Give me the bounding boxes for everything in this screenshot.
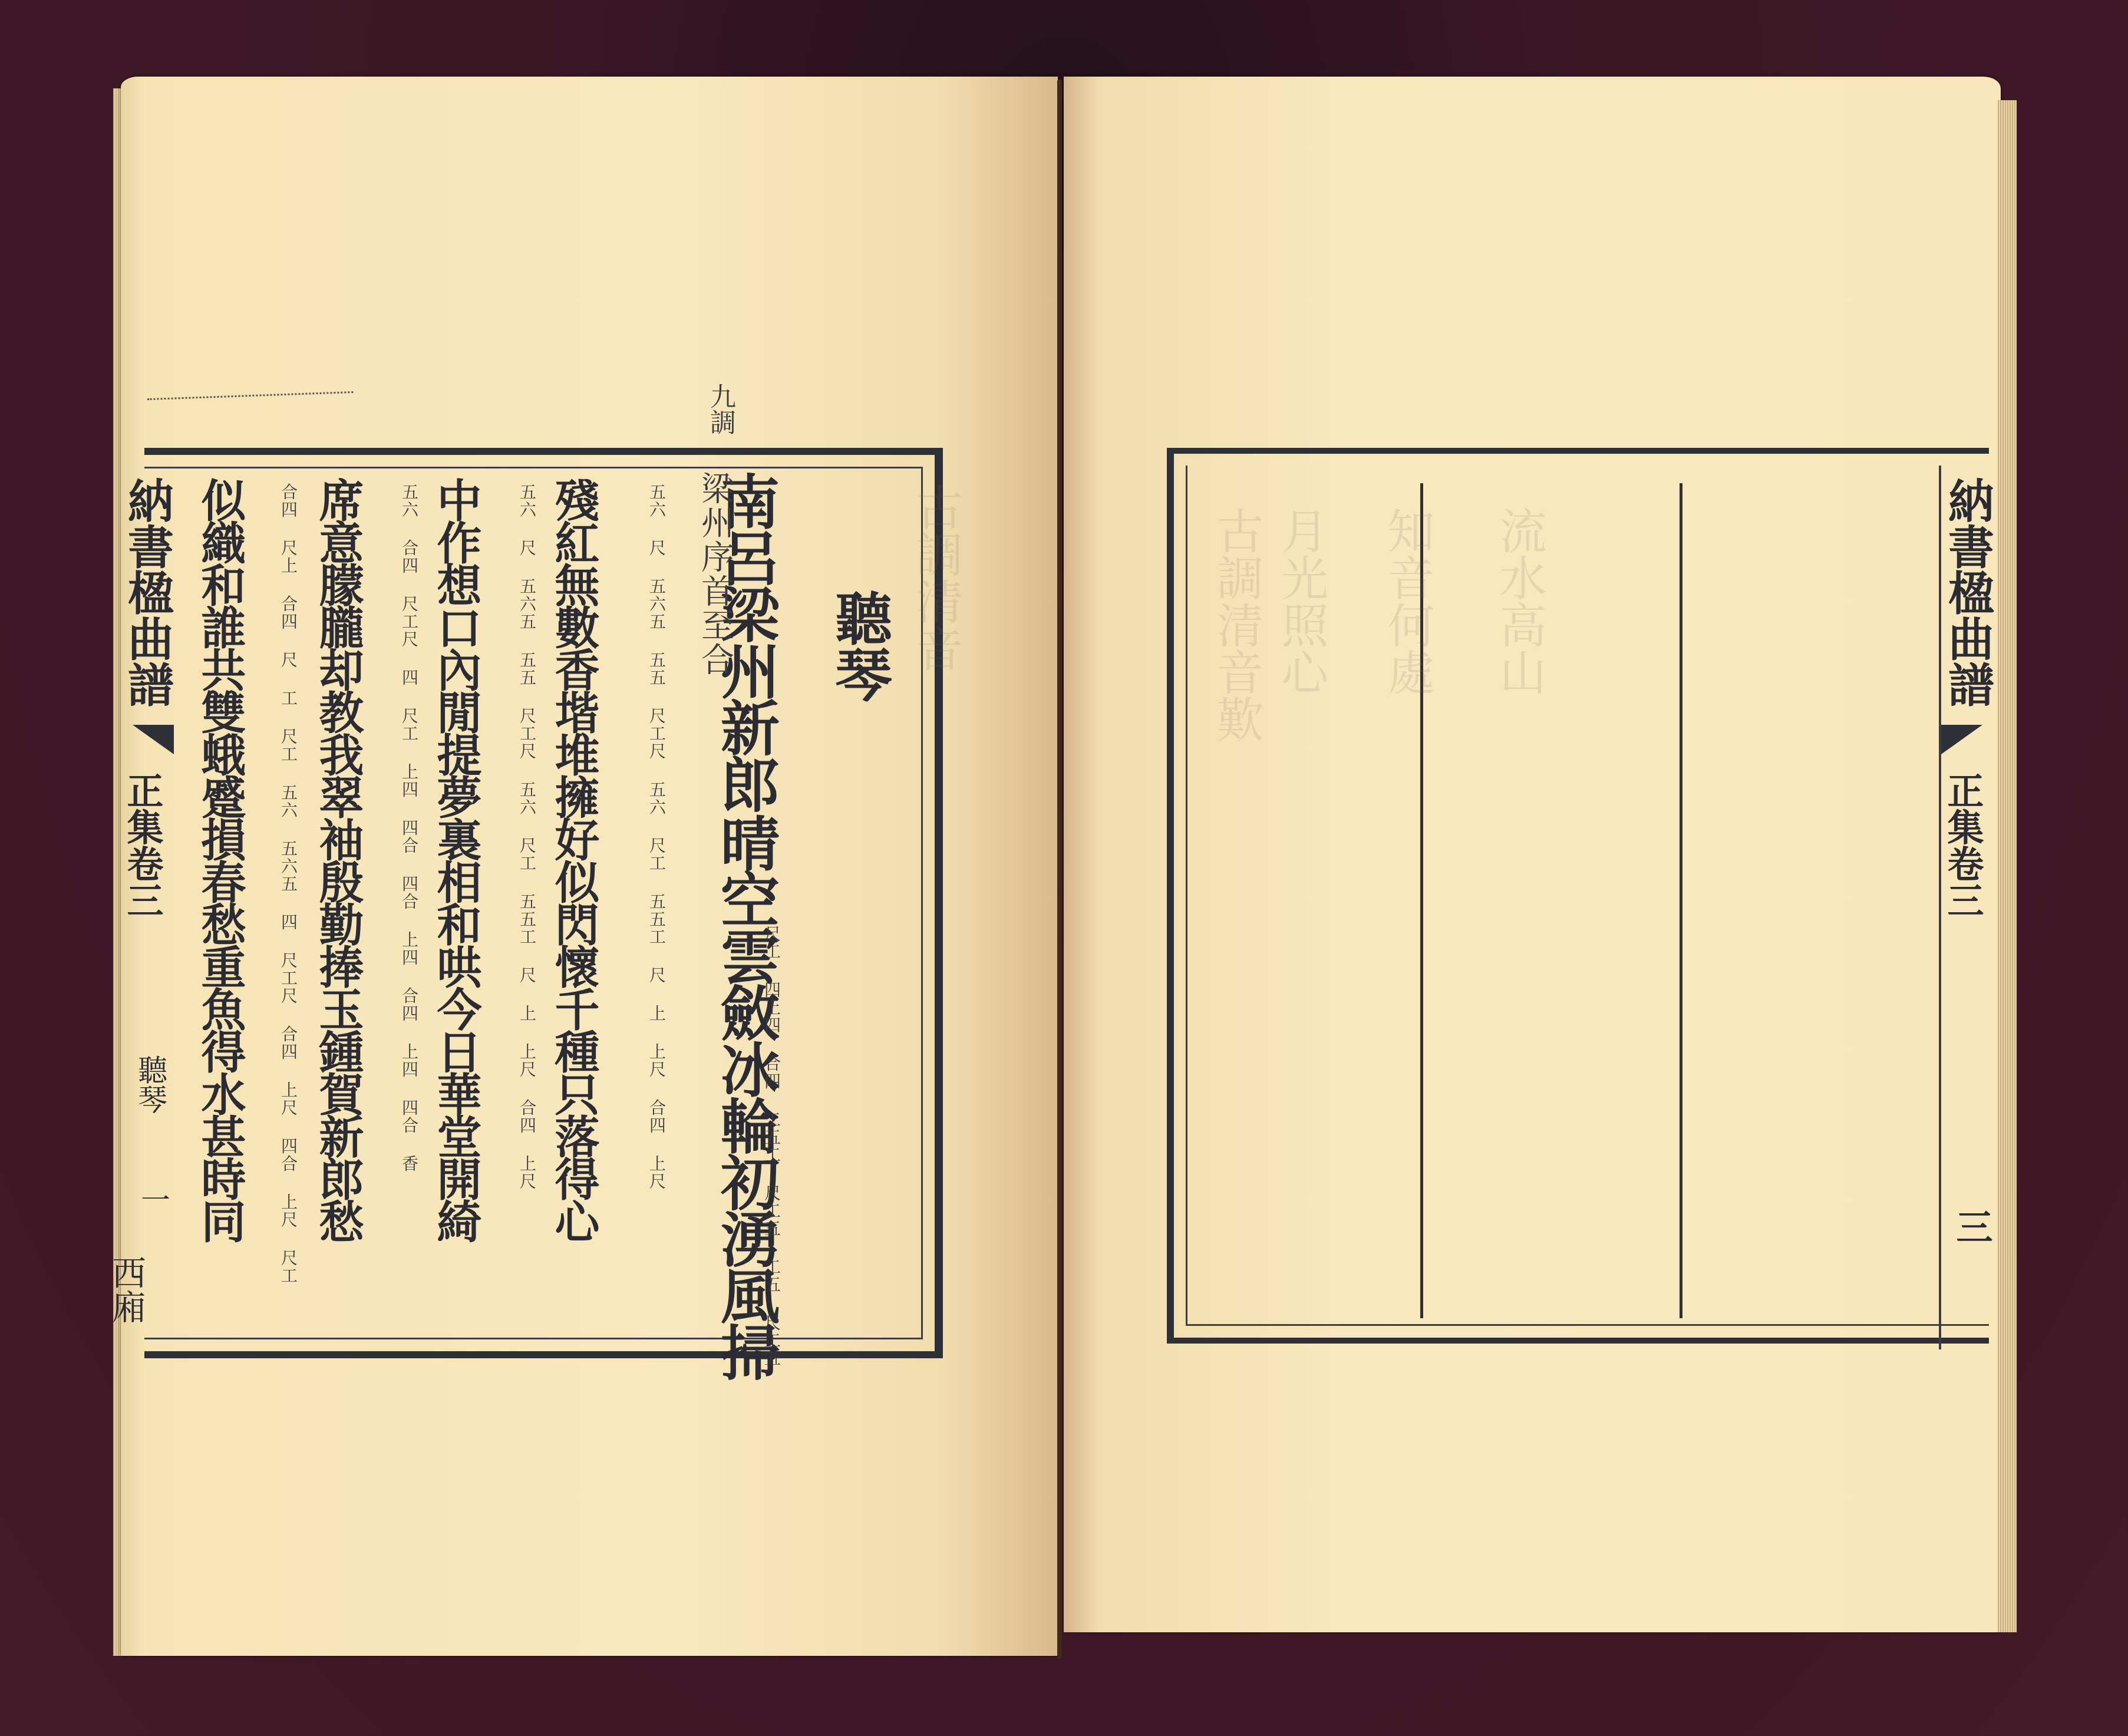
top-marginal-note: 九調 <box>701 383 739 435</box>
right-margin-strip: 納書楹曲譜 正集卷三 三 <box>1939 466 1997 1349</box>
bleed-through-text: 知音何處 <box>1373 507 1441 695</box>
lyric-column-6: 似織和誰共雙蛾蹙損春愁重魚得水甚時同 <box>197 477 242 1241</box>
bleed-through-text: 古調清音 <box>902 483 969 672</box>
notation-column-3b: 五六 尺 五六五 五五 尺工尺 五六 尺工 五五工 尺 上 上尺 合四 上尺 <box>519 483 535 1190</box>
notation-column-1: 梁州序首至合 <box>698 471 731 676</box>
notation-column-2: 尺工 四上四 合四 工五工 尺工五 工五 尺工五 <box>763 925 780 1367</box>
book-gutter <box>1057 80 1062 1659</box>
fishtail-mark <box>133 725 174 754</box>
bleed-through-text: 古調清音歎 <box>1202 507 1270 742</box>
column-rule <box>1680 483 1682 1318</box>
leaf-number: 三 <box>1953 1208 1990 1245</box>
lyric-column-4: 中作想口內閒提夢裏相和哄今日華堂開綺 <box>433 477 478 1241</box>
book-title: 納書楹曲譜 <box>124 477 170 707</box>
left-page-frame <box>144 448 943 1358</box>
notation-column-3: 五六 尺 五六五 五五 尺工尺 五六 尺工 五五工 尺 上 上尺 合四 上尺 <box>648 483 665 1190</box>
fishtail-mark <box>1941 725 1982 754</box>
leaf-number: 一 <box>138 1184 168 1214</box>
piece-title-label: 聽琴 <box>136 1055 165 1114</box>
source-play: 西廂 <box>109 1255 143 1324</box>
piece-title: 聽琴 <box>831 589 888 702</box>
lyric-column-5: 席意朦朧却教我翠袖殷勤捧玉鍾賀新郎愁 <box>315 477 360 1241</box>
lyric-column-3: 殘紅無數香堦堆擁好似閃懷千種只落得心 <box>551 477 596 1241</box>
bleed-through-text: 流水高山 <box>1485 507 1553 695</box>
right-page-edge-stack <box>1998 100 2017 1632</box>
bleed-through-text: 月光照心 <box>1267 507 1335 695</box>
volume-label: 正集卷三 <box>1944 772 1981 918</box>
left-margin-strip: 納書楹曲譜 正集卷三 聽琴 一 西廂 <box>121 466 177 1349</box>
volume-label: 正集卷三 <box>124 772 160 918</box>
book-title: 納書楹曲譜 <box>1944 477 1990 707</box>
notation-column-4: 五六 合四 尺工尺 四 尺工 上四 四合 四合 上四 合四 上四 四合 香 <box>401 483 417 1173</box>
notation-column-5: 合四 尺上 合四 尺 工 尺工 五六 五六五 四 尺工尺 合四 上尺 四合 上尺… <box>280 483 296 1285</box>
